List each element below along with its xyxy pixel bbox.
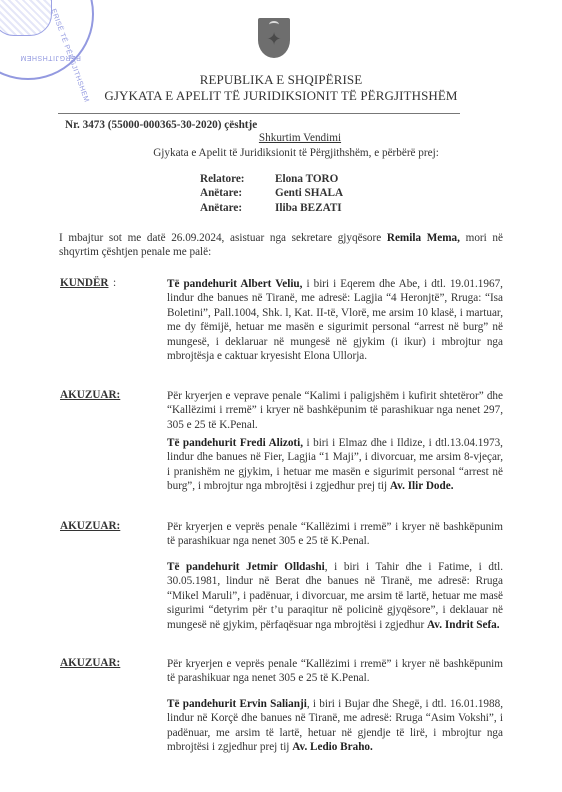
defendant-name: Të pandehurit Ervin Salianji bbox=[167, 698, 307, 710]
header-court: GJYKATA E APELIT TË JURIDIKSIONIT TË PËR… bbox=[0, 88, 562, 104]
stamp-text-bottom: PËRGJITHSHEM bbox=[20, 54, 81, 61]
section-label-akuzuar: AKUZUAR: bbox=[60, 389, 120, 401]
defendant-fredi-alizoti: Të pandehurit Fredi Alizoti, i biri i El… bbox=[167, 436, 503, 494]
panel-row: Anëtare: Genti SHALA bbox=[200, 186, 343, 200]
panel-name: Iliba BEZATI bbox=[275, 201, 342, 215]
defendant-jetmir-olldashi: Të pandehurit Jetmir Olldashi, i biri i … bbox=[167, 560, 503, 632]
section-label-akuzuar: AKUZUAR: bbox=[60, 520, 120, 532]
defense-lawyer: Av. Ilir Dode. bbox=[390, 480, 454, 492]
defense-lawyer: Av. Ledio Braho. bbox=[292, 741, 373, 753]
panel-role: Anëtare: bbox=[200, 201, 275, 215]
panel-row: Relatore: Elona TORO bbox=[200, 172, 343, 186]
eagle-icon: ✦ bbox=[264, 28, 284, 50]
helmet-icon bbox=[269, 21, 279, 28]
defendant-name: Të pandehurit Jetmir Olldashi bbox=[167, 561, 325, 573]
stamp-emblem-icon bbox=[0, 0, 52, 36]
charge-text: Për kryerjen e veprës penale “Kallëzimi … bbox=[167, 520, 503, 549]
panel-row: Anëtare: Iliba BEZATI bbox=[200, 201, 343, 215]
intro-text: I mbajtur sot me datë 26.09.2024, asistu… bbox=[59, 232, 387, 244]
defendant-name: Të pandehurit Albert Veliu, bbox=[167, 278, 302, 290]
albanian-coat-of-arms-icon: ✦ bbox=[258, 18, 290, 58]
section-label-kunder: KUNDËR bbox=[60, 277, 108, 289]
panel-name: Elona TORO bbox=[275, 172, 338, 186]
court-stamp: ERISË TË PËRGJITHSHEM PËRGJITHSHEM GJYKA… bbox=[0, 0, 94, 80]
header-republic: REPUBLIKA E SHQIPËRISE bbox=[0, 72, 562, 88]
charge-text: Për kryerjen e veprës penale “Kallëzimi … bbox=[167, 657, 503, 686]
secretary-name: Remila Mema, bbox=[387, 232, 460, 244]
hearing-intro: I mbajtur sot me datë 26.09.2024, asistu… bbox=[59, 231, 503, 260]
judges-panel: Relatore: Elona TORO Anëtare: Genti SHAL… bbox=[200, 172, 343, 215]
panel-name: Genti SHALA bbox=[275, 186, 343, 200]
defendant-details: i biri i Eqerem dhe Abe, i dtl. 19.01.19… bbox=[167, 278, 503, 362]
defense-lawyer: Av. Indrit Sefa. bbox=[427, 619, 500, 631]
defendant-name: Të pandehurit Fredi Alizoti, bbox=[167, 437, 303, 449]
court-composition: Gjykata e Apelit të Juridiksionit të Për… bbox=[0, 146, 562, 160]
document-subtitle: Shkurtim Vendimi bbox=[0, 131, 562, 145]
panel-role: Relatore: bbox=[200, 172, 275, 186]
section-label-akuzuar: AKUZUAR: bbox=[60, 657, 120, 669]
header-divider bbox=[58, 113, 460, 114]
defendant-ervin-salianji: Të pandehurit Ervin Salianji, i biri i B… bbox=[167, 697, 503, 755]
defendant-albert-veliu: Të pandehurit Albert Veliu, i biri i Eqe… bbox=[167, 277, 503, 363]
panel-role: Anëtare: bbox=[200, 186, 275, 200]
charge-text: Për kryerjen e veprave penale “Kalimi i … bbox=[167, 389, 503, 432]
label-colon: : bbox=[113, 277, 116, 289]
